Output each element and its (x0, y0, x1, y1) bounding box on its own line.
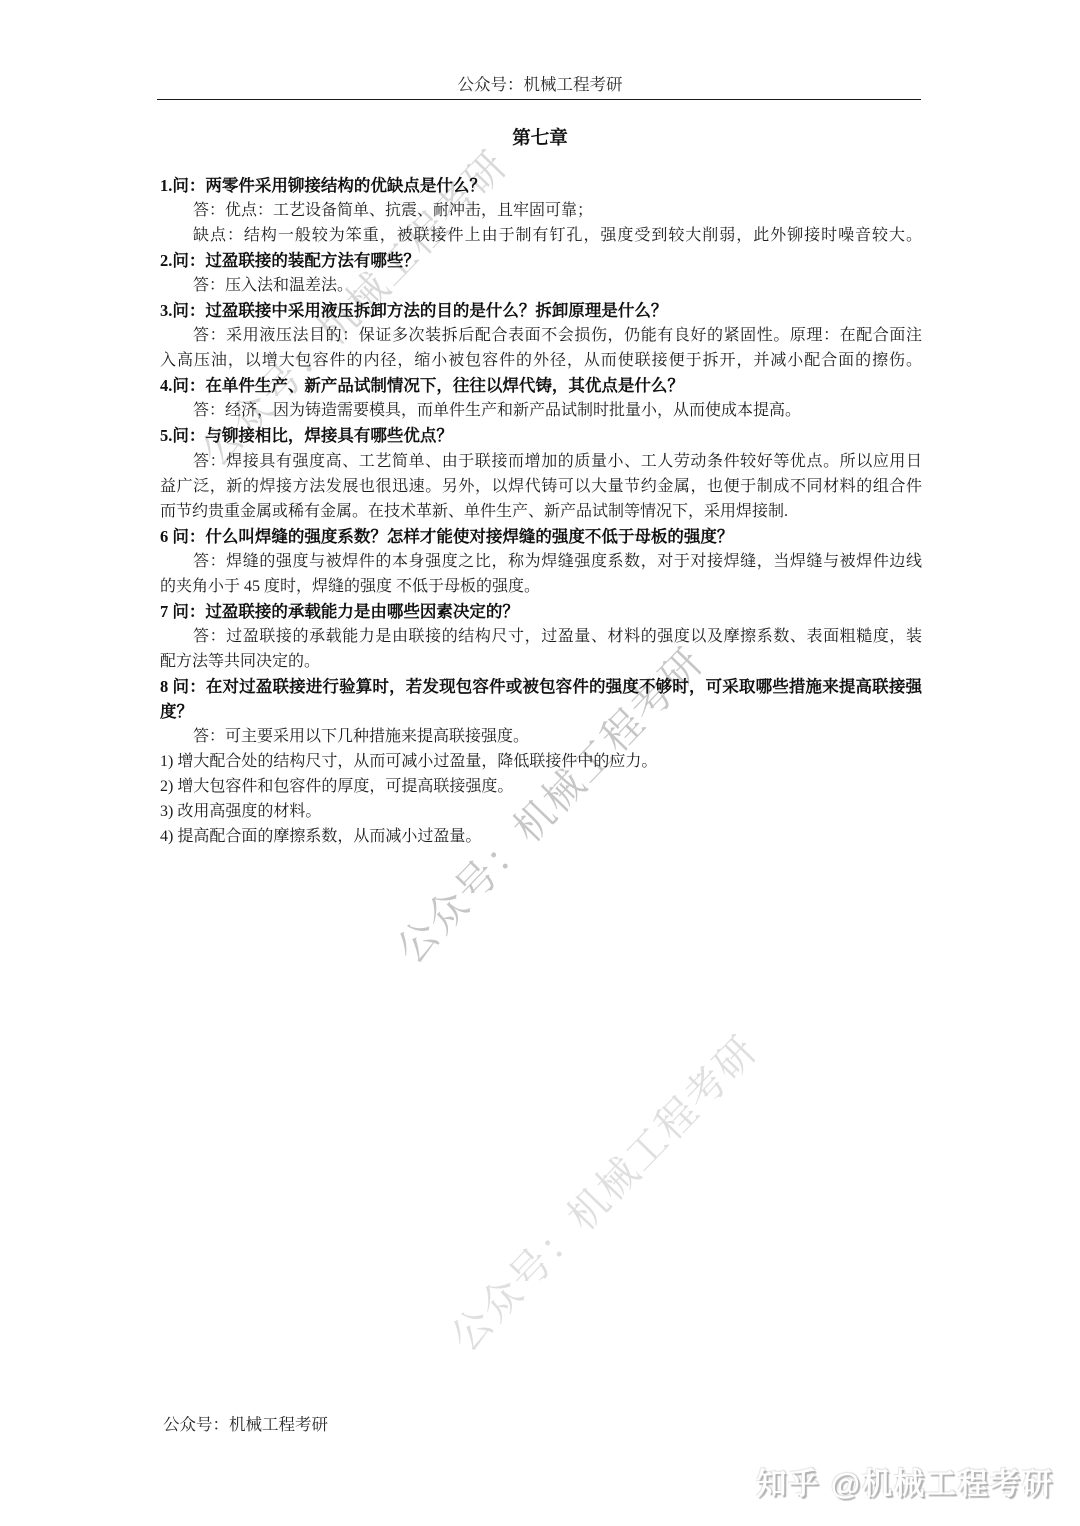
question-line: 2.问：过盈联接的装配方法有哪些？ (160, 248, 922, 273)
chapter-title: 第七章 (0, 127, 1080, 152)
page-header-text: 公众号：机械工程考研 (0, 73, 1080, 97)
answer-line: 4) 提高配合面的摩擦系数，从而减小过盈量。 (160, 824, 922, 849)
page-footer-text: 公众号：机械工程考研 (163, 1412, 328, 1437)
question-line: 1.问：两零件采用铆接结构的优缺点是什么？ (160, 173, 922, 198)
question-line: 4.问：在单件生产、新产品试制情况下，往往以焊代铸，其优点是什么？ (160, 373, 922, 398)
question-line: 6 问：什么叫焊缝的强度系数？怎样才能使对接焊缝的强度不低于母板的强度？ (160, 524, 922, 549)
diagonal-watermark-bottom: 公众号：机械工程考研 (422, 1006, 783, 1376)
answer-line: 答：可主要采用以下几种措施来提高联接强度。 (160, 724, 922, 749)
question-line: 7 问：过盈联接的承载能力是由哪些因素决定的？ (160, 599, 922, 624)
answer-line: 2) 增大包容件和包容件的厚度，可提高联接强度。 (160, 774, 922, 799)
answer-line: 配方法等共同决定的。 (160, 649, 922, 674)
document-body: 1.问：两零件采用铆接结构的优缺点是什么？答：优点：工艺设备简单、抗震、耐冲击，… (160, 173, 922, 849)
answer-line: 答：采用液压法目的：保证多次装拆后配合表面不会损伤，仍能有良好的紧固性。原理：在… (160, 323, 922, 348)
answer-line: 答：焊缝的强度与被焊件的本身强度之比，称为焊缝强度系数，对于对接焊缝，当焊缝与被… (160, 549, 922, 574)
answer-line: 答：过盈联接的承载能力是由联接的结构尺寸，过盈量、材料的强度以及摩擦系数、表面粗… (160, 624, 922, 649)
answer-line: 3) 改用高强度的材料。 (160, 799, 922, 824)
answer-line: 答：经济，因为铸造需要模具，而单件生产和新产品试制时批量小，从而使成本提高。 (160, 398, 922, 423)
answer-line: 益广泛，新的焊接方法发展也很迅速。另外，以焊代铸可以大量节约金属，也便于制成不同… (160, 474, 922, 499)
question-line: 5.问：与铆接相比，焊接具有哪些优点？ (160, 423, 922, 448)
answer-line: 的夹角小于 45 度时，焊缝的强度 不低于母板的强度。 (160, 574, 922, 599)
answer-line: 而节约贵重金属或稀有金属。在技术革新、单件生产、新产品试制等情况下，采用焊接制. (160, 499, 922, 524)
answer-line: 缺点：结构一般较为笨重，被联接件上由于制有钉孔，强度受到较大削弱，此外铆接时噪音… (160, 223, 922, 248)
answer-line: 答：压入法和温差法。 (160, 273, 922, 298)
answer-line: 1) 增大配合处的结构尺寸，从而可减小过盈量，降低联接件中的应力。 (160, 749, 922, 774)
answer-line: 答：优点：工艺设备简单、抗震、耐冲击，且牢固可靠； (160, 198, 922, 223)
zhihu-watermark: 知乎 @机械工程考研 (756, 1459, 1054, 1503)
document-page: 公众号：机械工程考研 公众号：机械工程考研 公众号：机械工程考研 公众号：机械工… (0, 0, 1080, 1526)
answer-line: 答：焊接具有强度高、工艺简单、由于联接而增加的质量小、工人劳动条件较好等优点。所… (160, 449, 922, 474)
answer-line: 入高压油，以增大包容件的内径，缩小被包容件的外径，从而使联接便于拆开，并减小配合… (160, 348, 922, 373)
question-line: 度？ (160, 699, 922, 724)
header-rule (157, 99, 921, 100)
question-line: 8 问：在对过盈联接进行验算时，若发现包容件或被包容件的强度不够时，可采取哪些措… (160, 674, 922, 699)
question-line: 3.问：过盈联接中采用液压拆卸方法的目的是什么？拆卸原理是什么？ (160, 298, 922, 323)
